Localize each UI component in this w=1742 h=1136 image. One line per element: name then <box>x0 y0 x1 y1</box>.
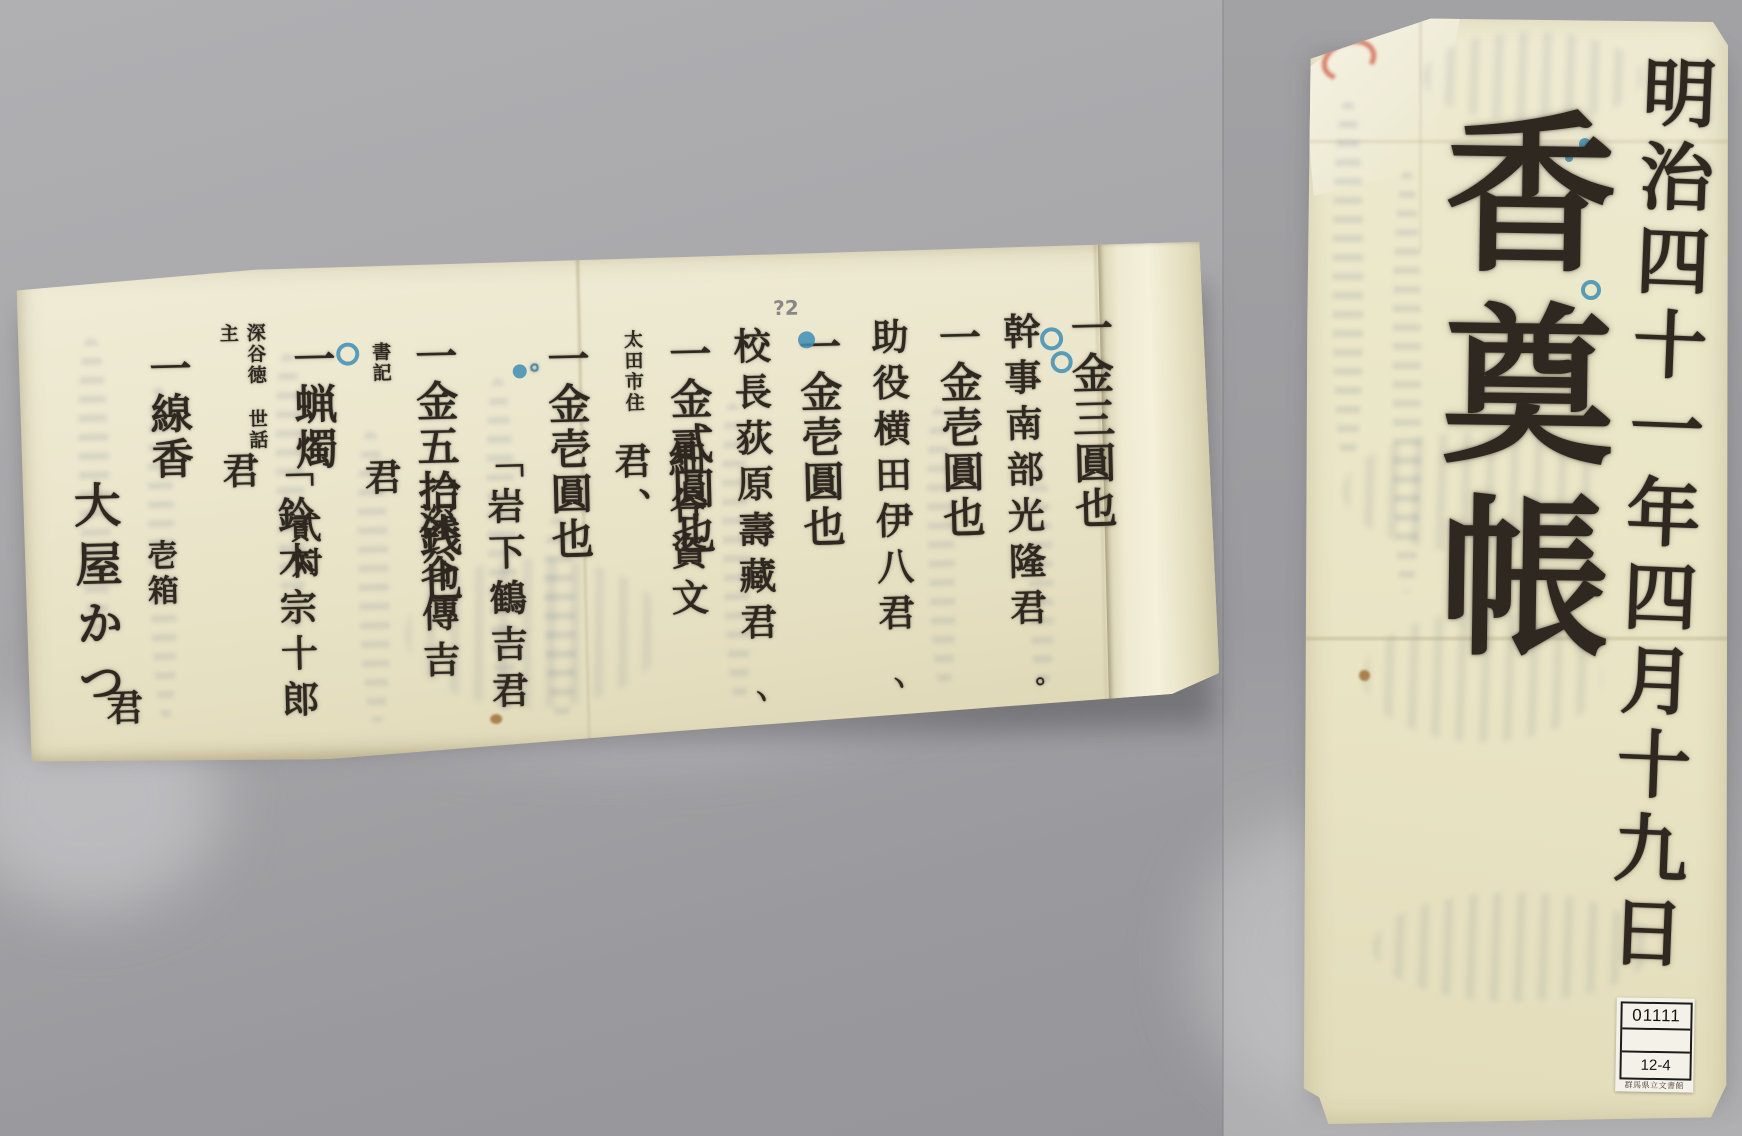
archive-label: 01111 12-4 群馬県立文書館 <box>1615 997 1695 1092</box>
entry-2-amount: 一金壱圓也 <box>786 324 852 561</box>
entry-4-name: 「岩下鶴吉君 <box>472 440 533 721</box>
entry-2-check-mark: ヽ <box>740 682 778 709</box>
archive-label-empty-cell <box>1622 1029 1690 1053</box>
entry-3-residence-note: 太田市住 <box>618 329 648 442</box>
entry-0-check-mark: 。 <box>1012 676 1050 703</box>
entry-5-name: 「深谷傳吉君 <box>351 456 465 719</box>
ink-bleed-texture <box>1333 102 1363 462</box>
entry-2-name: 校長荻原壽藏君 <box>720 326 783 707</box>
entry-1-check-mark: ヽ <box>878 669 916 696</box>
cover-title: 香奠帳 <box>1421 103 1602 745</box>
entry-6-name: 「鈴木宗十郎君 <box>209 449 324 742</box>
entry-0-amount: 一金三圓也 <box>1057 306 1123 543</box>
archive-code: 01111 <box>1622 1003 1690 1030</box>
entry-1-name: 助役横田伊八君 <box>858 317 921 698</box>
cover-paper: 香奠帳 明治四十一年四月十九日 <box>1303 12 1728 1124</box>
entry-1-amount: 一金壱圓也 <box>926 315 992 552</box>
rust-spot <box>1359 670 1370 681</box>
entry-6-role-note: 深谷徳 世話主 <box>213 323 270 454</box>
ledger-paper: 一金三圓也 幹事南部光隆君 。 一金壱圓也 助役横田伊八君 ヽ ?2 一金壱圓也… <box>16 242 1221 767</box>
entry-7-amount: 一線香 <box>136 346 199 487</box>
archive-number: 12-4 <box>1621 1052 1689 1078</box>
archive-label-table: 01111 12-4 <box>1619 1001 1692 1080</box>
blue-check-ring <box>336 342 360 366</box>
entry-2-pencil-note: ?2 <box>773 296 799 321</box>
entry-5-role-note: 書記 <box>366 341 395 432</box>
photo-composite: 一金三圓也 幹事南部光隆君 。 一金壱圓也 助役横田伊八君 ヽ ?2 一金壱圓也… <box>0 0 1742 1136</box>
entry-7-quantity: 壱箱 <box>137 539 185 650</box>
entry-4-amount: 一金壱圓也 <box>534 337 600 574</box>
entry-7-honorific: 君 <box>92 688 147 749</box>
entry-3-name: 細谷資文君、 <box>600 440 715 713</box>
entry-0-name: 幹事南部光隆君 <box>989 312 1052 693</box>
archive-caption: 群馬県立文書館 <box>1615 1079 1693 1091</box>
photo-seam <box>1222 0 1224 1136</box>
